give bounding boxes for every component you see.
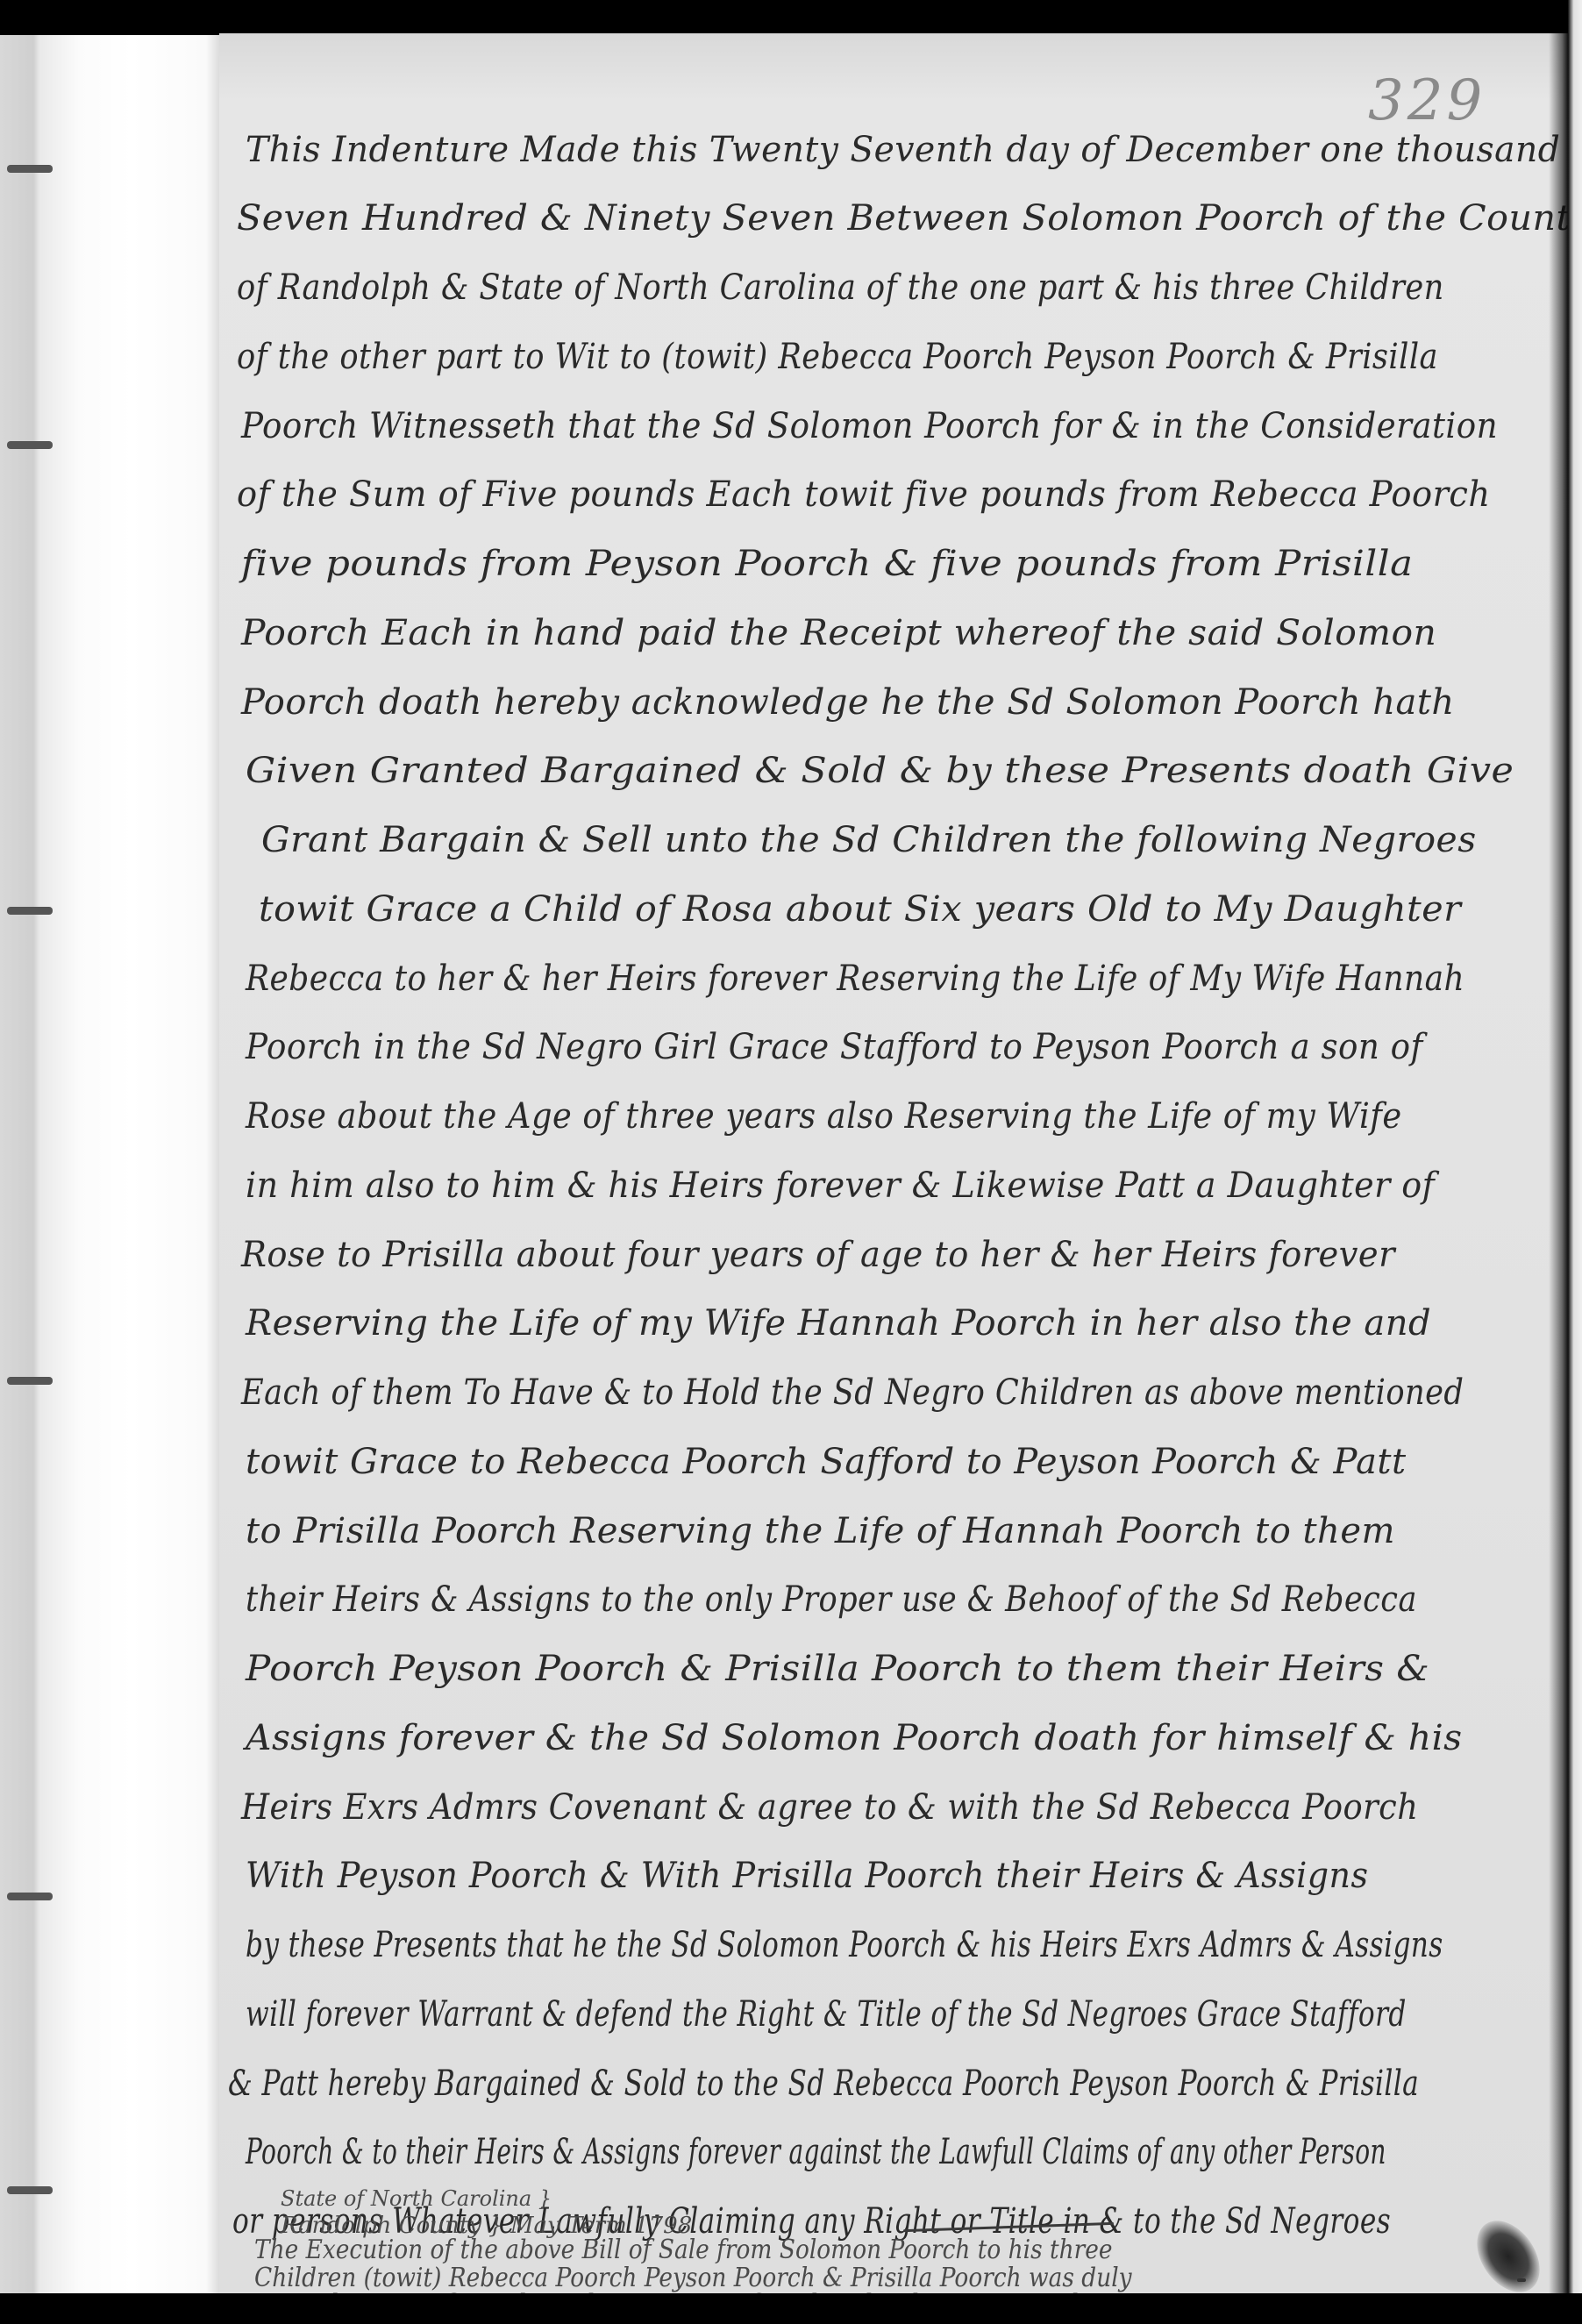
text-line: towit Grace a Child of Rosa about Six ye… xyxy=(259,889,1461,930)
scan-border-bottom xyxy=(0,2293,1582,2324)
binding-margin xyxy=(0,35,219,2293)
text-line: & Patt hereby Bargained & Sold to the Sd… xyxy=(228,2064,1419,2104)
text-line: towit Grace to Rebecca Poorch Safford to… xyxy=(246,1442,1407,1482)
binding-tab xyxy=(7,441,53,449)
scan-border-top xyxy=(0,0,1582,35)
binding-tab xyxy=(7,1377,53,1385)
text-line: of the Sum of Five pounds Each towit fiv… xyxy=(237,474,1491,515)
page-number: 329 xyxy=(1368,68,1486,133)
text-line: of the other part to Wit to (towit) Rebe… xyxy=(237,337,1438,377)
note-line: State of North Carolina } xyxy=(281,2186,552,2211)
text-line: Poorch Peyson Poorch & Prisilla Poorch t… xyxy=(246,1649,1429,1689)
text-line: five pounds from Peyson Poorch & five po… xyxy=(241,544,1413,584)
ink-blot xyxy=(1464,2209,1553,2304)
text-line: by these Presents that he the Sd Solomon… xyxy=(246,1925,1443,1965)
text-line: This Indenture Made this Twenty Seventh … xyxy=(246,130,1560,170)
page-edge-right xyxy=(1568,0,1582,2324)
binding-tab xyxy=(7,2186,53,2194)
text-line: Poorch Witnesseth that the Sd Solomon Po… xyxy=(241,406,1498,446)
text-line: Heirs Exrs Admrs Covenant & agree to & w… xyxy=(241,1787,1418,1828)
note-line: The Execution of the above Bill of Sale … xyxy=(254,2235,1113,2265)
text-line: Reserving the Life of my Wife Hannah Poo… xyxy=(246,1303,1431,1344)
ink-mark xyxy=(1517,2278,1526,2282)
text-line: of Randolph & State of North Carolina of… xyxy=(237,267,1444,308)
text-line: With Peyson Poorch & With Prisilla Poorc… xyxy=(246,1856,1368,1896)
text-line: Poorch Each in hand paid the Receipt whe… xyxy=(241,613,1436,653)
text-line: Seven Hundred & Ninety Seven Between Sol… xyxy=(237,198,1582,239)
text-line: Poorch doath hereby acknowledge he the S… xyxy=(241,682,1455,723)
text-line: in him also to him & his Heirs forever &… xyxy=(246,1166,1435,1206)
text-line: Given Granted Bargained & Sold & by thes… xyxy=(246,751,1514,791)
text-line: will forever Warrant & defend the Right … xyxy=(246,1994,1407,2035)
text-line: Poorch in the Sd Negro Girl Grace Staffo… xyxy=(246,1027,1423,1067)
text-line: their Heirs & Assigns to the only Proper… xyxy=(246,1579,1417,1620)
text-line: Rebecca to her & her Heirs forever Reser… xyxy=(246,959,1464,999)
binding-tab xyxy=(7,907,53,915)
text-line: to Prisilla Poorch Reserving the Life of… xyxy=(246,1511,1395,1551)
text-line: Grant Bargain & Sell unto the Sd Childre… xyxy=(261,820,1477,860)
text-line: Assigns forever & the Sd Solomon Poorch … xyxy=(246,1718,1463,1758)
text-line: Rose to Prisilla about four years of age… xyxy=(241,1235,1395,1275)
text-line: Rose about the Age of three years also R… xyxy=(246,1096,1402,1137)
ledger-page: 329 This Indenture Made this Twenty Seve… xyxy=(219,33,1568,2296)
text-line: Each of them To Have & to Hold the Sd Ne… xyxy=(241,1372,1464,1413)
binding-tab xyxy=(7,1893,53,1900)
text-line: Poorch & to their Heirs & Assigns foreve… xyxy=(246,2132,1386,2172)
binding-tab xyxy=(7,165,53,173)
